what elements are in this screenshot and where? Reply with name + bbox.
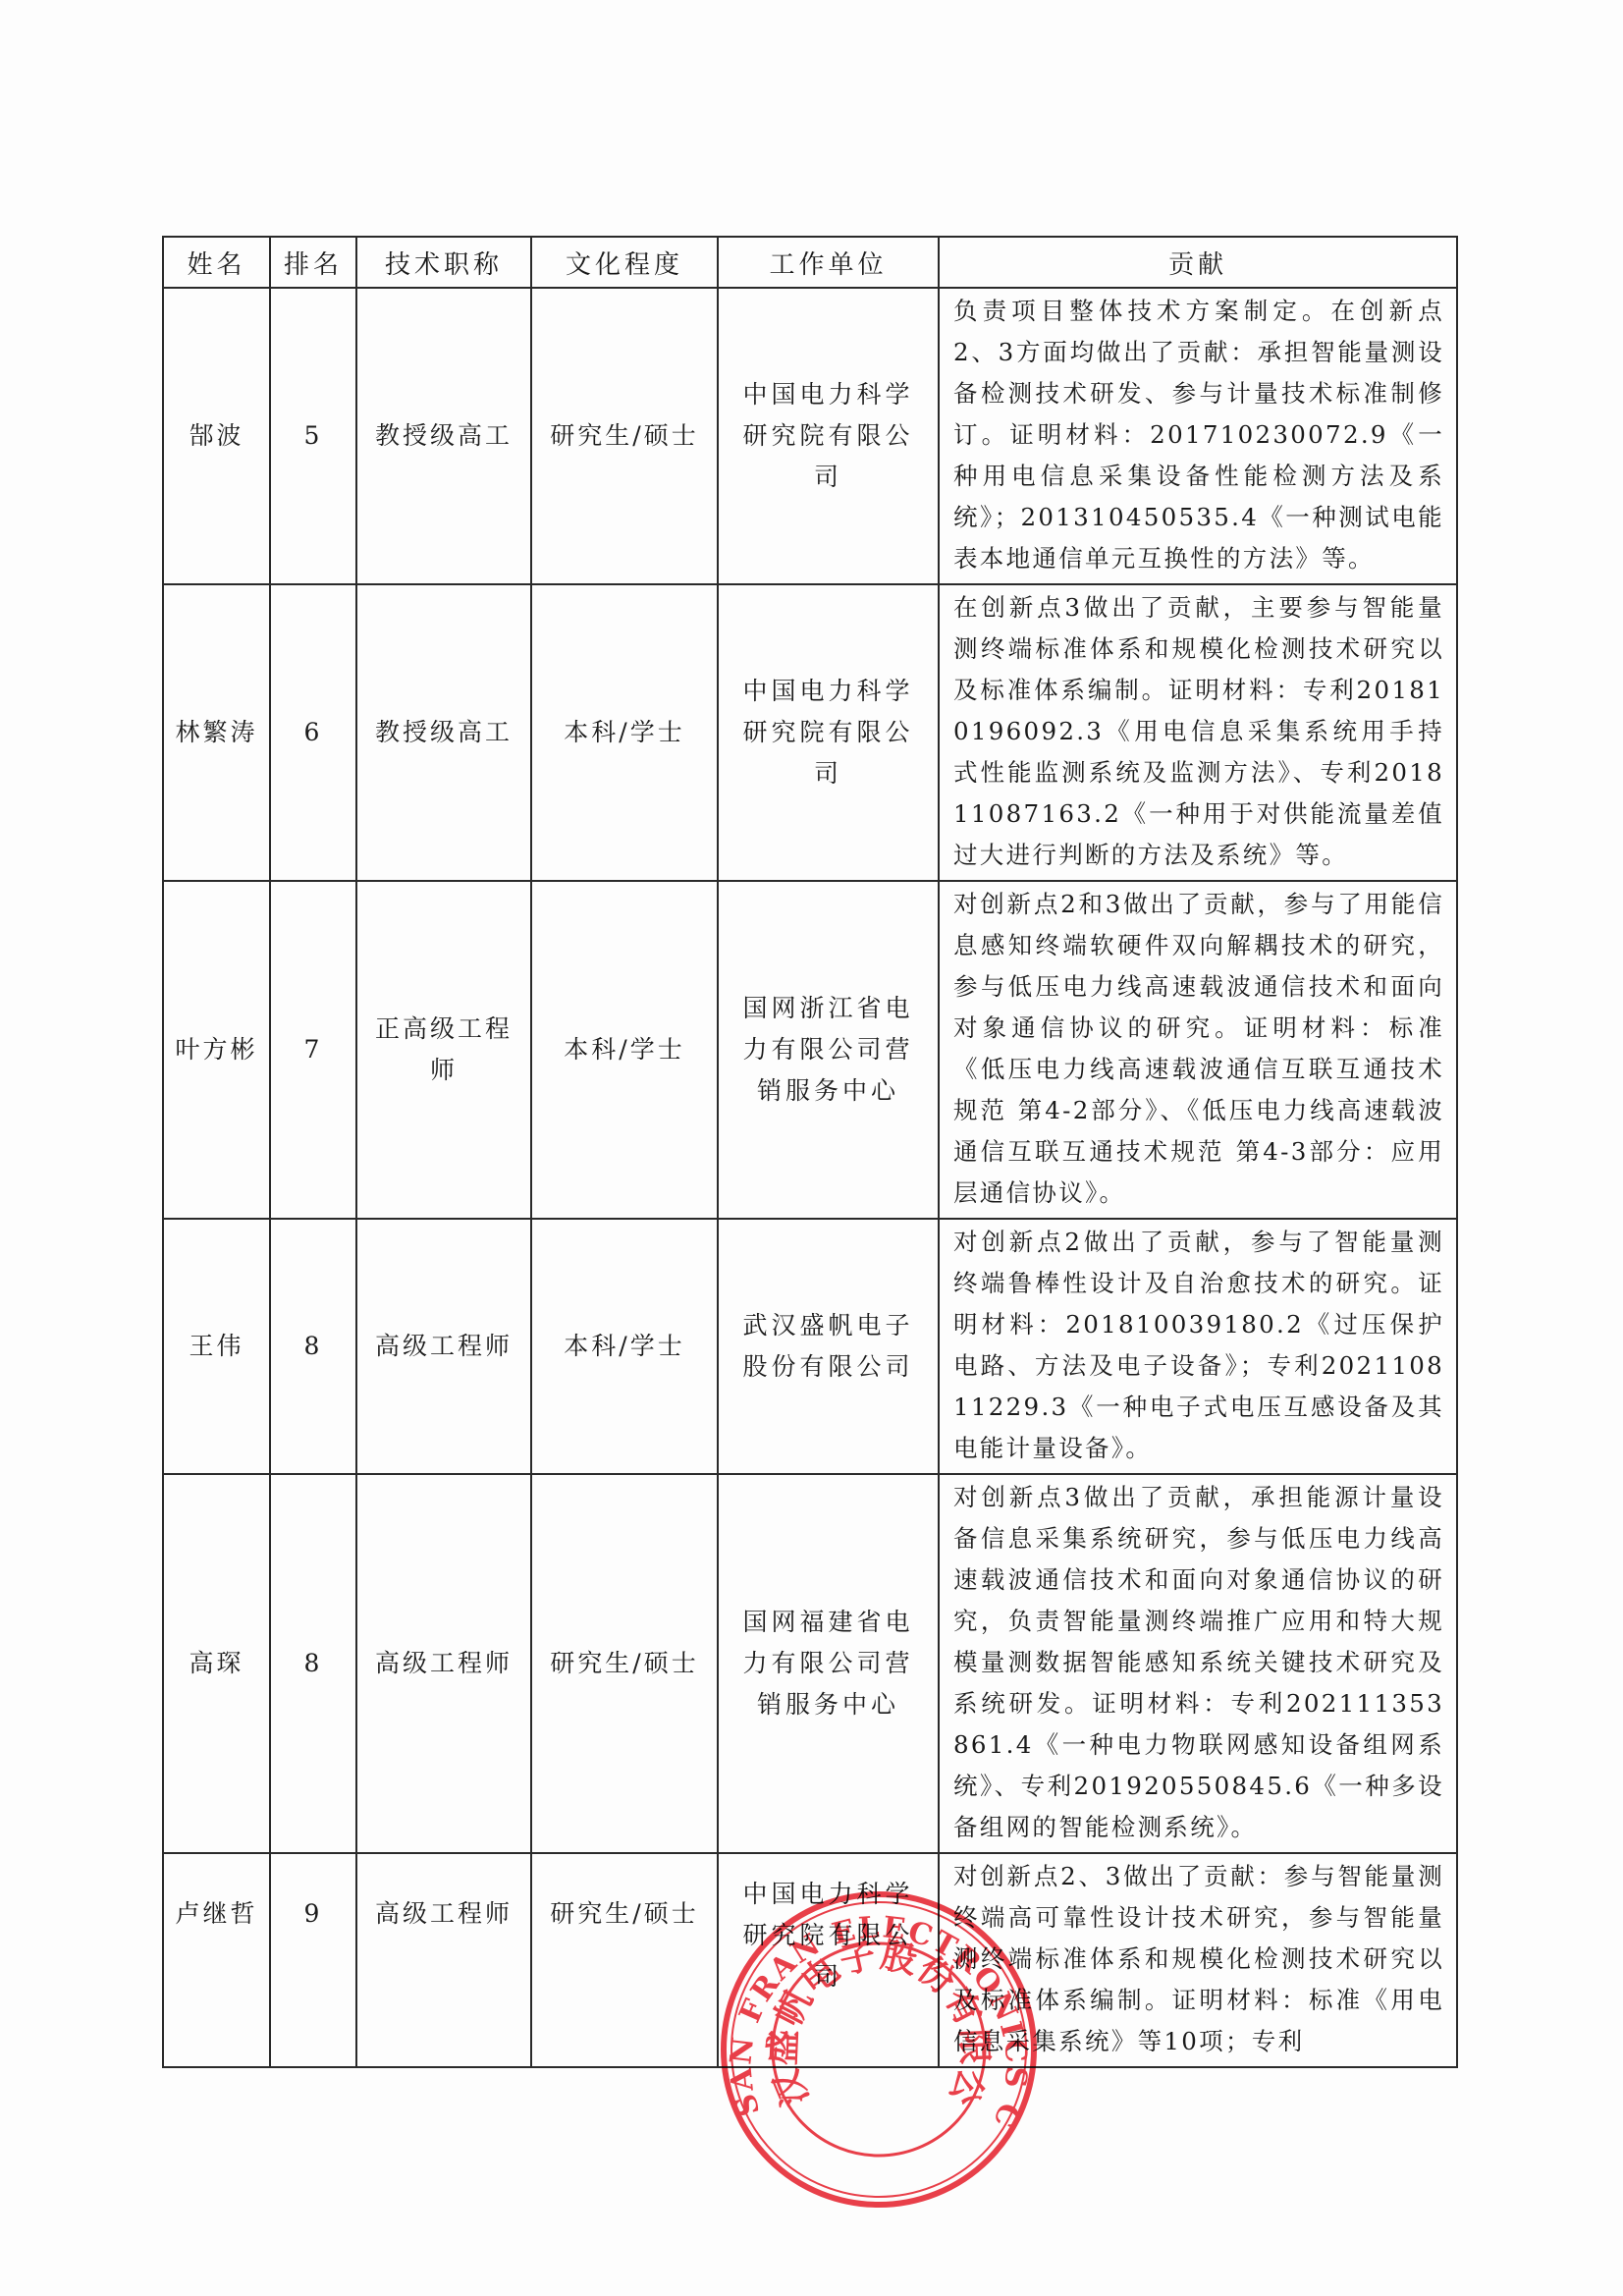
cell-education: 本科/学士 (531, 1219, 718, 1474)
cell-rank: 9 (270, 1853, 356, 2067)
header-contribution: 贡献 (939, 237, 1457, 288)
cell-unit: 中国电力科学研究院有限公司 (718, 1853, 939, 2067)
cell-education: 研究生/硕士 (531, 1474, 718, 1853)
cell-rank: 8 (270, 1474, 356, 1853)
cell-title: 高级工程师 (356, 1853, 531, 2067)
cell-title: 教授级高工 (356, 584, 531, 881)
cell-rank: 5 (270, 288, 356, 584)
table-row: 郜波 5 教授级高工 研究生/硕士 中国电力科学研究院有限公司 负责项目整体技术… (163, 288, 1457, 584)
cell-name: 林繁涛 (163, 584, 270, 881)
cell-contribution: 对创新点2做出了贡献，参与了智能量测终端鲁棒性设计及自治愈技术的研究。证明材料：… (939, 1219, 1457, 1474)
cell-unit: 中国电力科学研究院有限公司 (718, 288, 939, 584)
cell-contribution: 对创新点2、3做出了贡献：参与智能量测终端高可靠性设计技术研究，参与智能量测终端… (939, 1853, 1457, 2067)
cell-rank: 6 (270, 584, 356, 881)
header-title: 技术职称 (356, 237, 531, 288)
cell-education: 研究生/硕士 (531, 288, 718, 584)
cell-title: 教授级高工 (356, 288, 531, 584)
contributors-table: 姓名 排名 技术职称 文化程度 工作单位 贡献 郜波 5 教授级高工 研究生/硕… (162, 236, 1458, 2068)
header-rank: 排名 (270, 237, 356, 288)
document-page: 姓名 排名 技术职称 文化程度 工作单位 贡献 郜波 5 教授级高工 研究生/硕… (0, 0, 1623, 2296)
cell-rank: 7 (270, 881, 356, 1219)
cell-unit: 国网浙江省电力有限公司营销服务中心 (718, 881, 939, 1219)
cell-title: 高级工程师 (356, 1219, 531, 1474)
cell-contribution: 对创新点2和3做出了贡献，参与了用能信息感知终端软硬件双向解耦技术的研究，参与低… (939, 881, 1457, 1219)
header-name: 姓名 (163, 237, 270, 288)
cell-rank: 8 (270, 1219, 356, 1474)
cell-name: 王伟 (163, 1219, 270, 1474)
table-row: 林繁涛 6 教授级高工 本科/学士 中国电力科学研究院有限公司 在创新点3做出了… (163, 584, 1457, 881)
cell-title: 高级工程师 (356, 1474, 531, 1853)
cell-name: 高琛 (163, 1474, 270, 1853)
header-education: 文化程度 (531, 237, 718, 288)
cell-education: 本科/学士 (531, 584, 718, 881)
cell-contribution: 对创新点3做出了贡献，承担能源计量设备信息采集系统研究，参与低压电力线高速载波通… (939, 1474, 1457, 1853)
table-header-row: 姓名 排名 技术职称 文化程度 工作单位 贡献 (163, 237, 1457, 288)
cell-contribution: 负责项目整体技术方案制定。在创新点2、3方面均做出了贡献：承担智能量测设备检测技… (939, 288, 1457, 584)
cell-contribution: 在创新点3做出了贡献，主要参与智能量测终端标准体系和规模化检测技术研究以及标准体… (939, 584, 1457, 881)
cell-name: 叶方彬 (163, 881, 270, 1219)
cell-name: 卢继哲 (163, 1853, 270, 2067)
table-row: 叶方彬 7 正高级工程师 本科/学士 国网浙江省电力有限公司营销服务中心 对创新… (163, 881, 1457, 1219)
header-unit: 工作单位 (718, 237, 939, 288)
table-row: 王伟 8 高级工程师 本科/学士 武汉盛帆电子股份有限公司 对创新点2做出了贡献… (163, 1219, 1457, 1474)
cell-unit: 国网福建省电力有限公司营销服务中心 (718, 1474, 939, 1853)
table-row: 卢继哲 9 高级工程师 研究生/硕士 中国电力科学研究院有限公司 对创新点2、3… (163, 1853, 1457, 2067)
cell-name: 郜波 (163, 288, 270, 584)
cell-title: 正高级工程师 (356, 881, 531, 1219)
table-row: 高琛 8 高级工程师 研究生/硕士 国网福建省电力有限公司营销服务中心 对创新点… (163, 1474, 1457, 1853)
cell-education: 研究生/硕士 (531, 1853, 718, 2067)
cell-unit: 中国电力科学研究院有限公司 (718, 584, 939, 881)
cell-education: 本科/学士 (531, 881, 718, 1219)
cell-unit: 武汉盛帆电子股份有限公司 (718, 1219, 939, 1474)
